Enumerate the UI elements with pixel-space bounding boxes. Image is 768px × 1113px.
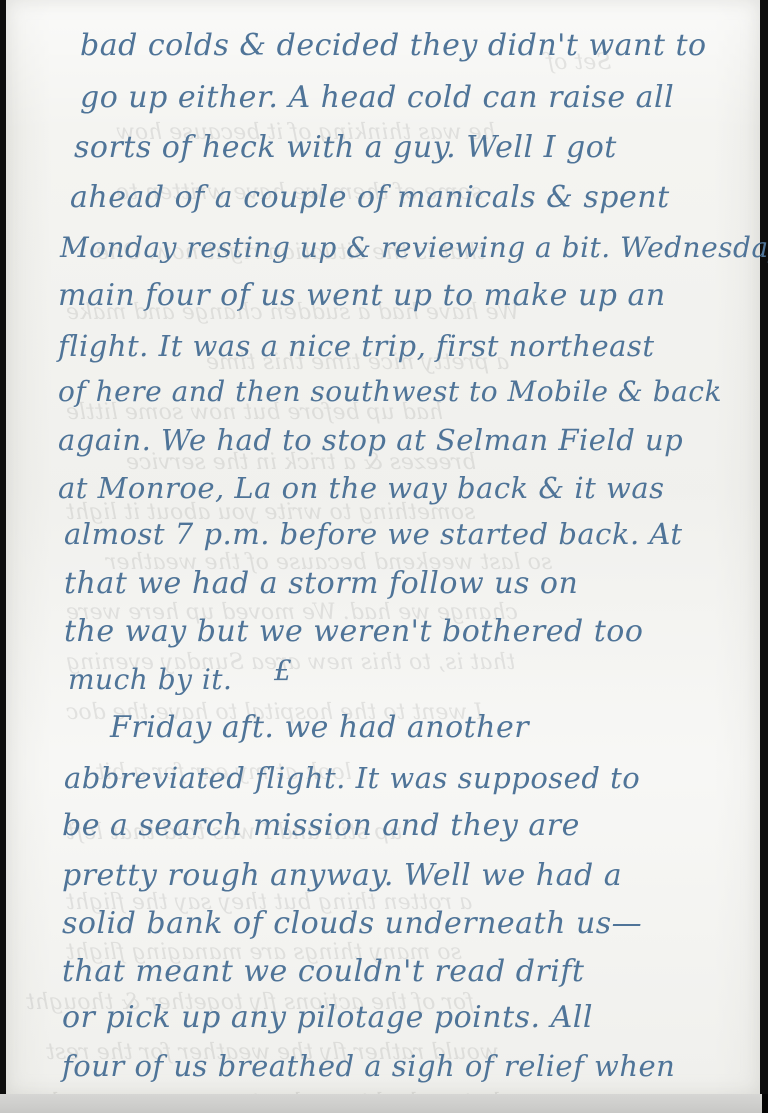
scanner-bed-strip — [0, 1094, 762, 1113]
handwritten-line: of here and then southwest to Mobile & b… — [58, 375, 722, 408]
handwritten-line: pretty rough anyway. Well we had a — [62, 858, 622, 893]
letter-paper: Set ofhe was thinking of it because hows… — [6, 0, 760, 1094]
handwritten-line: at Monroe, La on the way back & it was — [58, 471, 665, 505]
handwritten-line: bad colds & decided they didn't want to — [80, 28, 707, 63]
handwritten-line: solid bank of clouds underneath us— — [62, 906, 642, 941]
handwritten-line: much by it. — [68, 663, 232, 696]
handwritten-letter-body: bad colds & decided they didn't want tog… — [6, 0, 760, 1094]
handwritten-line: again. We had to stop at Selman Field up — [58, 423, 683, 457]
handwritten-line: ahead of a couple of manicals & spent — [70, 180, 670, 215]
handwritten-line: go up either. A head cold can raise all — [80, 80, 674, 115]
handwritten-line: four of us breathed a sigh of relief whe… — [62, 1049, 675, 1083]
handwritten-line: almost 7 p.m. before we started back. At — [64, 517, 683, 551]
handwritten-line: be a search mission and they are — [62, 808, 580, 843]
handwritten-line: the way but we weren't bothered too — [64, 614, 643, 649]
handwritten-line: Friday aft. we had another — [110, 710, 529, 745]
handwritten-line: Monday resting up & reviewing a bit. Wed… — [60, 231, 768, 264]
handwritten-line: abbreviated flight. It was supposed to — [64, 761, 640, 795]
scan-edge — [762, 1094, 768, 1113]
handwritten-line: sorts of heck with a guy. Well I got — [74, 130, 617, 165]
handwritten-line: main four of us went up to make up an — [58, 278, 666, 313]
handwritten-line: or pick up any pilotage points. All — [62, 1000, 593, 1035]
handwritten-line: that we had a storm follow us on — [64, 566, 578, 601]
handwritten-line: that meant we couldn't read drift — [62, 954, 585, 989]
margin-mark: £ — [274, 654, 292, 687]
handwritten-line: flight. It was a nice trip, first northe… — [58, 329, 654, 363]
